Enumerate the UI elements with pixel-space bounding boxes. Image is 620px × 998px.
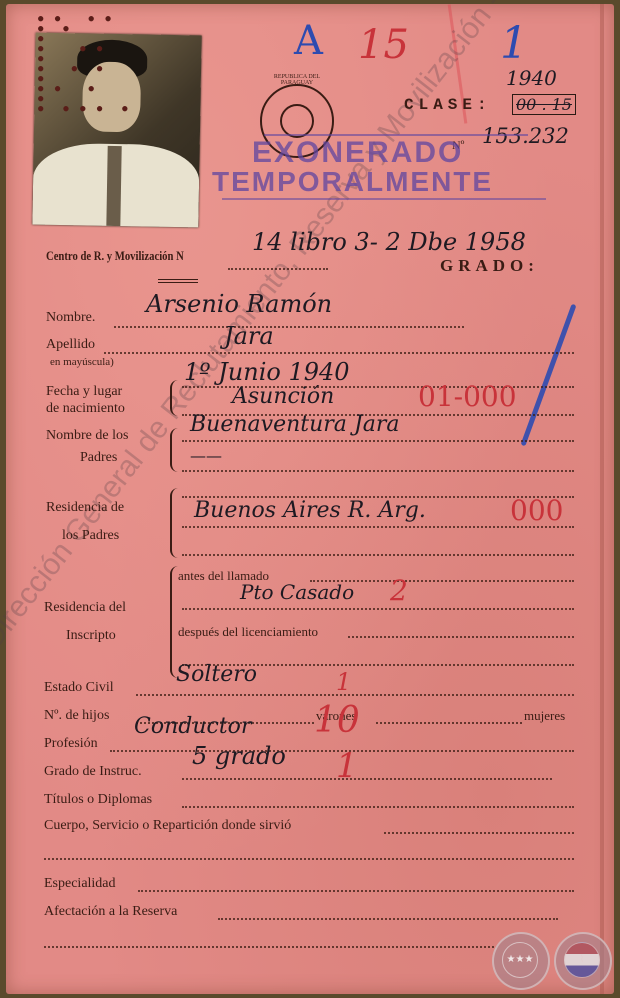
clase-value: 1940 — [506, 66, 557, 90]
apellido-label: Apellido — [46, 337, 95, 353]
fecha-nacimiento-value: 1º Junio 1940 — [184, 358, 350, 386]
nacimiento-code: 01-000 — [418, 380, 517, 413]
residencia-inscripto-label-1: Residencia del — [44, 600, 126, 616]
clase-struck-value: 00 . 15 — [512, 94, 576, 115]
madre-value: —— — [190, 446, 222, 465]
numero-value: 153.232 — [482, 124, 569, 148]
lugar-nacimiento-value: Asunción — [232, 384, 334, 409]
ministry-emblem-icon: ★★★ — [492, 932, 550, 990]
nombre-label: Nombre. — [46, 310, 95, 326]
grado-label: GRADO: — [440, 256, 539, 276]
red-number-mark: 15 — [358, 22, 409, 68]
residencia-inscripto-label-2: Inscripto — [66, 628, 116, 644]
residencia-padres-label-1: Residencia de — [46, 500, 124, 516]
profesion-label: Profesión — [44, 736, 98, 752]
antes-llamado-value: Pto Casado — [240, 580, 354, 604]
titulos-label: Títulos o Diplomas — [44, 792, 152, 808]
stamp-exonerado: EXONERADO — [252, 136, 463, 170]
profesion-value: Conductor — [134, 714, 251, 739]
mujeres-label: mujeres — [524, 708, 565, 724]
reserva-label: Afectación a la Reserva — [44, 904, 177, 920]
stamp-temporalmente: TEMPORALMENTE — [212, 166, 493, 198]
instruccion-value: 5 grado — [192, 742, 286, 770]
hijos-label: Nº. de hijos — [44, 708, 109, 724]
blue-letter-mark: A — [294, 18, 323, 64]
profesion-code: 10 — [314, 700, 360, 741]
nacimiento-label-2: de nacimiento — [46, 401, 125, 417]
estado-civil-value: Soltero — [176, 662, 257, 687]
nombre-value: Arsenio Ramón — [146, 290, 332, 318]
cuerpo-label: Cuerpo, Servicio o Repartición donde sir… — [44, 818, 291, 834]
blue-pencil-stroke — [520, 304, 576, 447]
instruccion-code: 1 — [336, 746, 358, 786]
perforation-marks: ● ● ● ● ● ● ● ● ● ● ● ● ● ● ● ● ● ● ● ● … — [38, 14, 131, 114]
instruccion-label: Grado de Instruc. — [44, 764, 142, 780]
card-edge — [600, 4, 604, 994]
paraguay-emblem-icon: ⌇ — [554, 932, 612, 990]
service-card: Dirección General de Reclutamiento, Rese… — [6, 4, 614, 994]
blue-number-mark: 1 — [500, 18, 528, 69]
antes-llamado-code: 2 — [390, 574, 408, 607]
estado-civil-label: Estado Civil — [44, 680, 114, 696]
residencia-padres-label-2: los Padres — [62, 528, 119, 544]
despues-licenciamiento-label: después del licenciamiento — [178, 624, 318, 640]
padres-label-1: Nombre de los — [46, 428, 128, 444]
centro-value: 14 libro 3- 2 Dbe 1958 — [252, 228, 526, 256]
apellido-value: Jara — [224, 322, 274, 350]
centro-label: Centro de R. y Movilización N — [46, 248, 184, 264]
nacimiento-label-1: Fecha y lugar — [46, 384, 122, 400]
apellido-sublabel: en mayúscula) — [50, 356, 114, 368]
residencia-padres-value: Buenos Aires R. Arg. — [194, 498, 426, 523]
clase-label: CLASE: — [404, 96, 492, 114]
padre-value: Buenaventura Jara — [190, 412, 399, 437]
padres-label-2: Padres — [80, 450, 117, 466]
especialidad-label: Especialidad — [44, 876, 116, 892]
residencia-padres-code: 000 — [510, 494, 563, 527]
